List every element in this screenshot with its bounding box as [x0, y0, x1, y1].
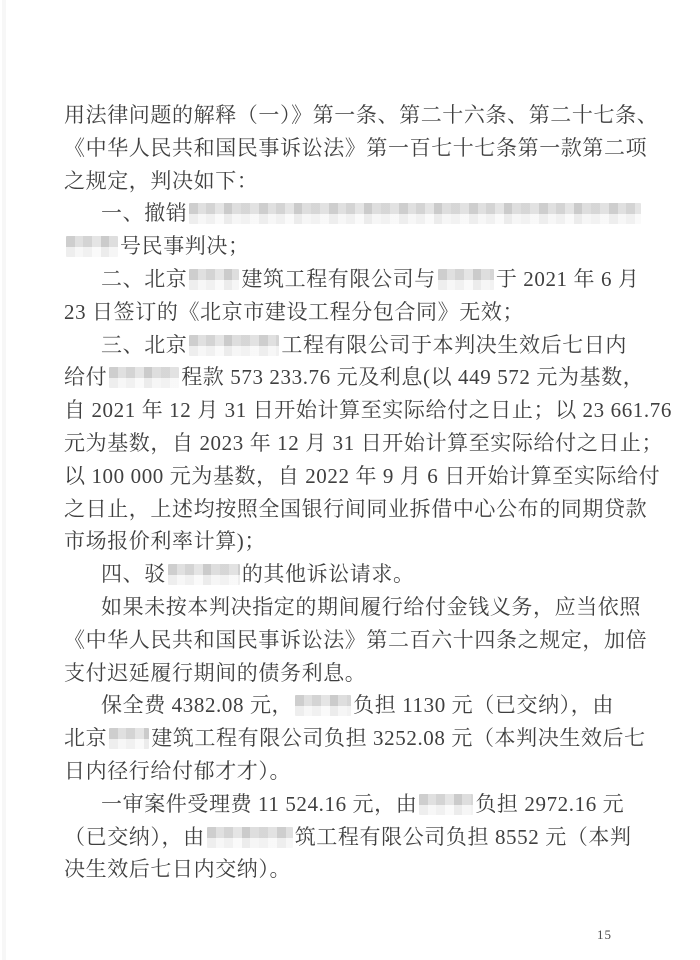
judgment-line: 一、撤销 — [64, 198, 660, 231]
redaction-mosaic — [109, 728, 149, 749]
judgment-line: 之日止，上述均按照全国银行间同业拆借中心公布的同期贷款 — [64, 494, 660, 527]
text-segment: 于 2021 年 6 月 — [496, 267, 640, 291]
text-segment: 四、驳 — [101, 562, 166, 586]
judgment-line: 《中华人民共和国民事诉讼法》第二百六十四条之规定，加倍 — [64, 625, 660, 658]
judgment-line: 号民事判决； — [64, 231, 660, 264]
judgment-line: 给付程款 573 233.76 元及利息(以 449 572 元为基数， — [64, 362, 660, 395]
redaction-mosaic — [207, 827, 293, 848]
text-segment: 23 日签订的《北京市建设工程分包合同》无效； — [64, 300, 524, 324]
text-segment: 建筑工程有限公司与 — [241, 267, 435, 291]
text-segment: 建筑工程有限公司负担 3252.08 元（本判决生效后七 — [151, 726, 646, 750]
text-segment: 二、北京 — [101, 267, 187, 291]
judgment-line: 四、驳的其他诉讼请求。 — [64, 559, 660, 592]
judgment-line: 用法律问题的解释（一）》第一条、第二十六条、第二十七条、 — [64, 100, 660, 133]
text-segment: 以 100 000 元为基数，自 2022 年 9 月 6 日开始计算至实际给付 — [64, 464, 660, 488]
text-segment: 决生效后七日内交纳）。 — [64, 857, 291, 881]
judgment-line: 《中华人民共和国民事诉讼法》第一百七十七条第一款第二项 — [64, 133, 660, 166]
text-segment: 《中华人民共和国民事诉讼法》第二百六十四条之规定，加倍 — [64, 628, 647, 652]
judgment-line: 支付迟延履行期间的债务利息。 — [64, 658, 660, 691]
text-segment: 日内径行给付郁才才）。 — [64, 759, 291, 783]
redaction-mosaic — [189, 335, 279, 356]
text-segment: 的其他诉讼请求。 — [242, 562, 415, 586]
judgment-line: 元为基数，自 2023 年 12 月 31 日开始计算至实际给付之日止； — [64, 428, 660, 461]
text-segment: 自 2021 年 12 月 31 日开始计算至实际给付之日止；以 23 661.… — [64, 398, 672, 422]
judgment-line: 自 2021 年 12 月 31 日开始计算至实际给付之日止；以 23 661.… — [64, 395, 660, 428]
text-segment: 元为基数，自 2023 年 12 月 31 日开始计算至实际给付之日止； — [64, 431, 663, 455]
redaction-mosaic — [295, 695, 351, 716]
text-segment: 一审案件受理费 11 524.16 元，由 — [101, 792, 417, 816]
judgment-line: 北京建筑工程有限公司负担 3252.08 元（本判决生效后七 — [64, 723, 660, 756]
text-segment: 支付迟延履行期间的债务利息。 — [64, 661, 366, 685]
text-segment: 三、北京 — [101, 333, 187, 357]
redaction-mosaic — [168, 564, 240, 585]
text-segment: 筑工程有限公司负担 8552 元（本判 — [295, 825, 632, 849]
judgment-line: 二、北京建筑工程有限公司与于 2021 年 6 月 — [64, 264, 660, 297]
judgment-line: 决生效后七日内交纳）。 — [64, 854, 660, 887]
text-segment: 程款 573 233.76 元及利息(以 449 572 元为基数， — [181, 365, 644, 389]
text-segment: 北京 — [64, 726, 107, 750]
text-segment: 之规定，判决如下： — [64, 169, 258, 193]
text-segment: 如果未按本判决指定的期间履行给付金钱义务，应当依照 — [101, 595, 641, 619]
text-segment: 市场报价利率计算)； — [64, 529, 266, 553]
text-segment: 负担 2972.16 元 — [475, 792, 624, 816]
text-segment: （已交纳），由 — [64, 825, 205, 849]
scanned-judgment-page: 用法律问题的解释（一）》第一条、第二十六条、第二十七条、《中华人民共和国民事诉讼… — [0, 0, 700, 960]
redaction-mosaic — [109, 367, 179, 388]
text-segment: 一、撤销 — [101, 201, 187, 225]
text-segment: 工程有限公司于本判决生效后七日内 — [281, 333, 627, 357]
judgment-line: 日内径行给付郁才才）。 — [64, 756, 660, 789]
redaction-mosaic — [66, 236, 118, 257]
text-segment: 号民事判决； — [120, 234, 250, 258]
text-segment: 负担 1130 元（已交纳），由 — [353, 693, 614, 717]
page-number: 15 — [597, 927, 612, 943]
judgment-line: 市场报价利率计算)； — [64, 526, 660, 559]
judgment-line: 一审案件受理费 11 524.16 元，由负担 2972.16 元 — [64, 789, 660, 822]
text-segment: 《中华人民共和国民事诉讼法》第一百七十七条第一款第二项 — [64, 136, 647, 160]
judgment-line: 23 日签订的《北京市建设工程分包合同》无效； — [64, 297, 660, 330]
judgment-line: 如果未按本判决指定的期间履行给付金钱义务，应当依照 — [64, 592, 660, 625]
redaction-mosaic — [438, 269, 494, 290]
judgment-line: 之规定，判决如下： — [64, 166, 660, 199]
judgment-line: 三、北京工程有限公司于本判决生效后七日内 — [64, 330, 660, 363]
text-segment: 之日止，上述均按照全国银行间同业拆借中心公布的同期贷款 — [64, 497, 647, 521]
redaction-mosaic — [419, 794, 473, 815]
judgment-line: （已交纳），由筑工程有限公司负担 8552 元（本判 — [64, 822, 660, 855]
text-segment: 保全费 4382.08 元， — [101, 693, 293, 717]
redaction-mosaic — [189, 203, 641, 224]
text-segment: 用法律问题的解释（一）》第一条、第二十六条、第二十七条、 — [64, 103, 658, 127]
judgment-text-block: 用法律问题的解释（一）》第一条、第二十六条、第二十七条、《中华人民共和国民事诉讼… — [64, 100, 660, 887]
redaction-mosaic — [189, 269, 239, 290]
judgment-line: 保全费 4382.08 元，负担 1130 元（已交纳），由 — [64, 690, 660, 723]
judgment-line: 以 100 000 元为基数，自 2022 年 9 月 6 日开始计算至实际给付 — [64, 461, 660, 494]
text-segment: 给付 — [64, 365, 107, 389]
